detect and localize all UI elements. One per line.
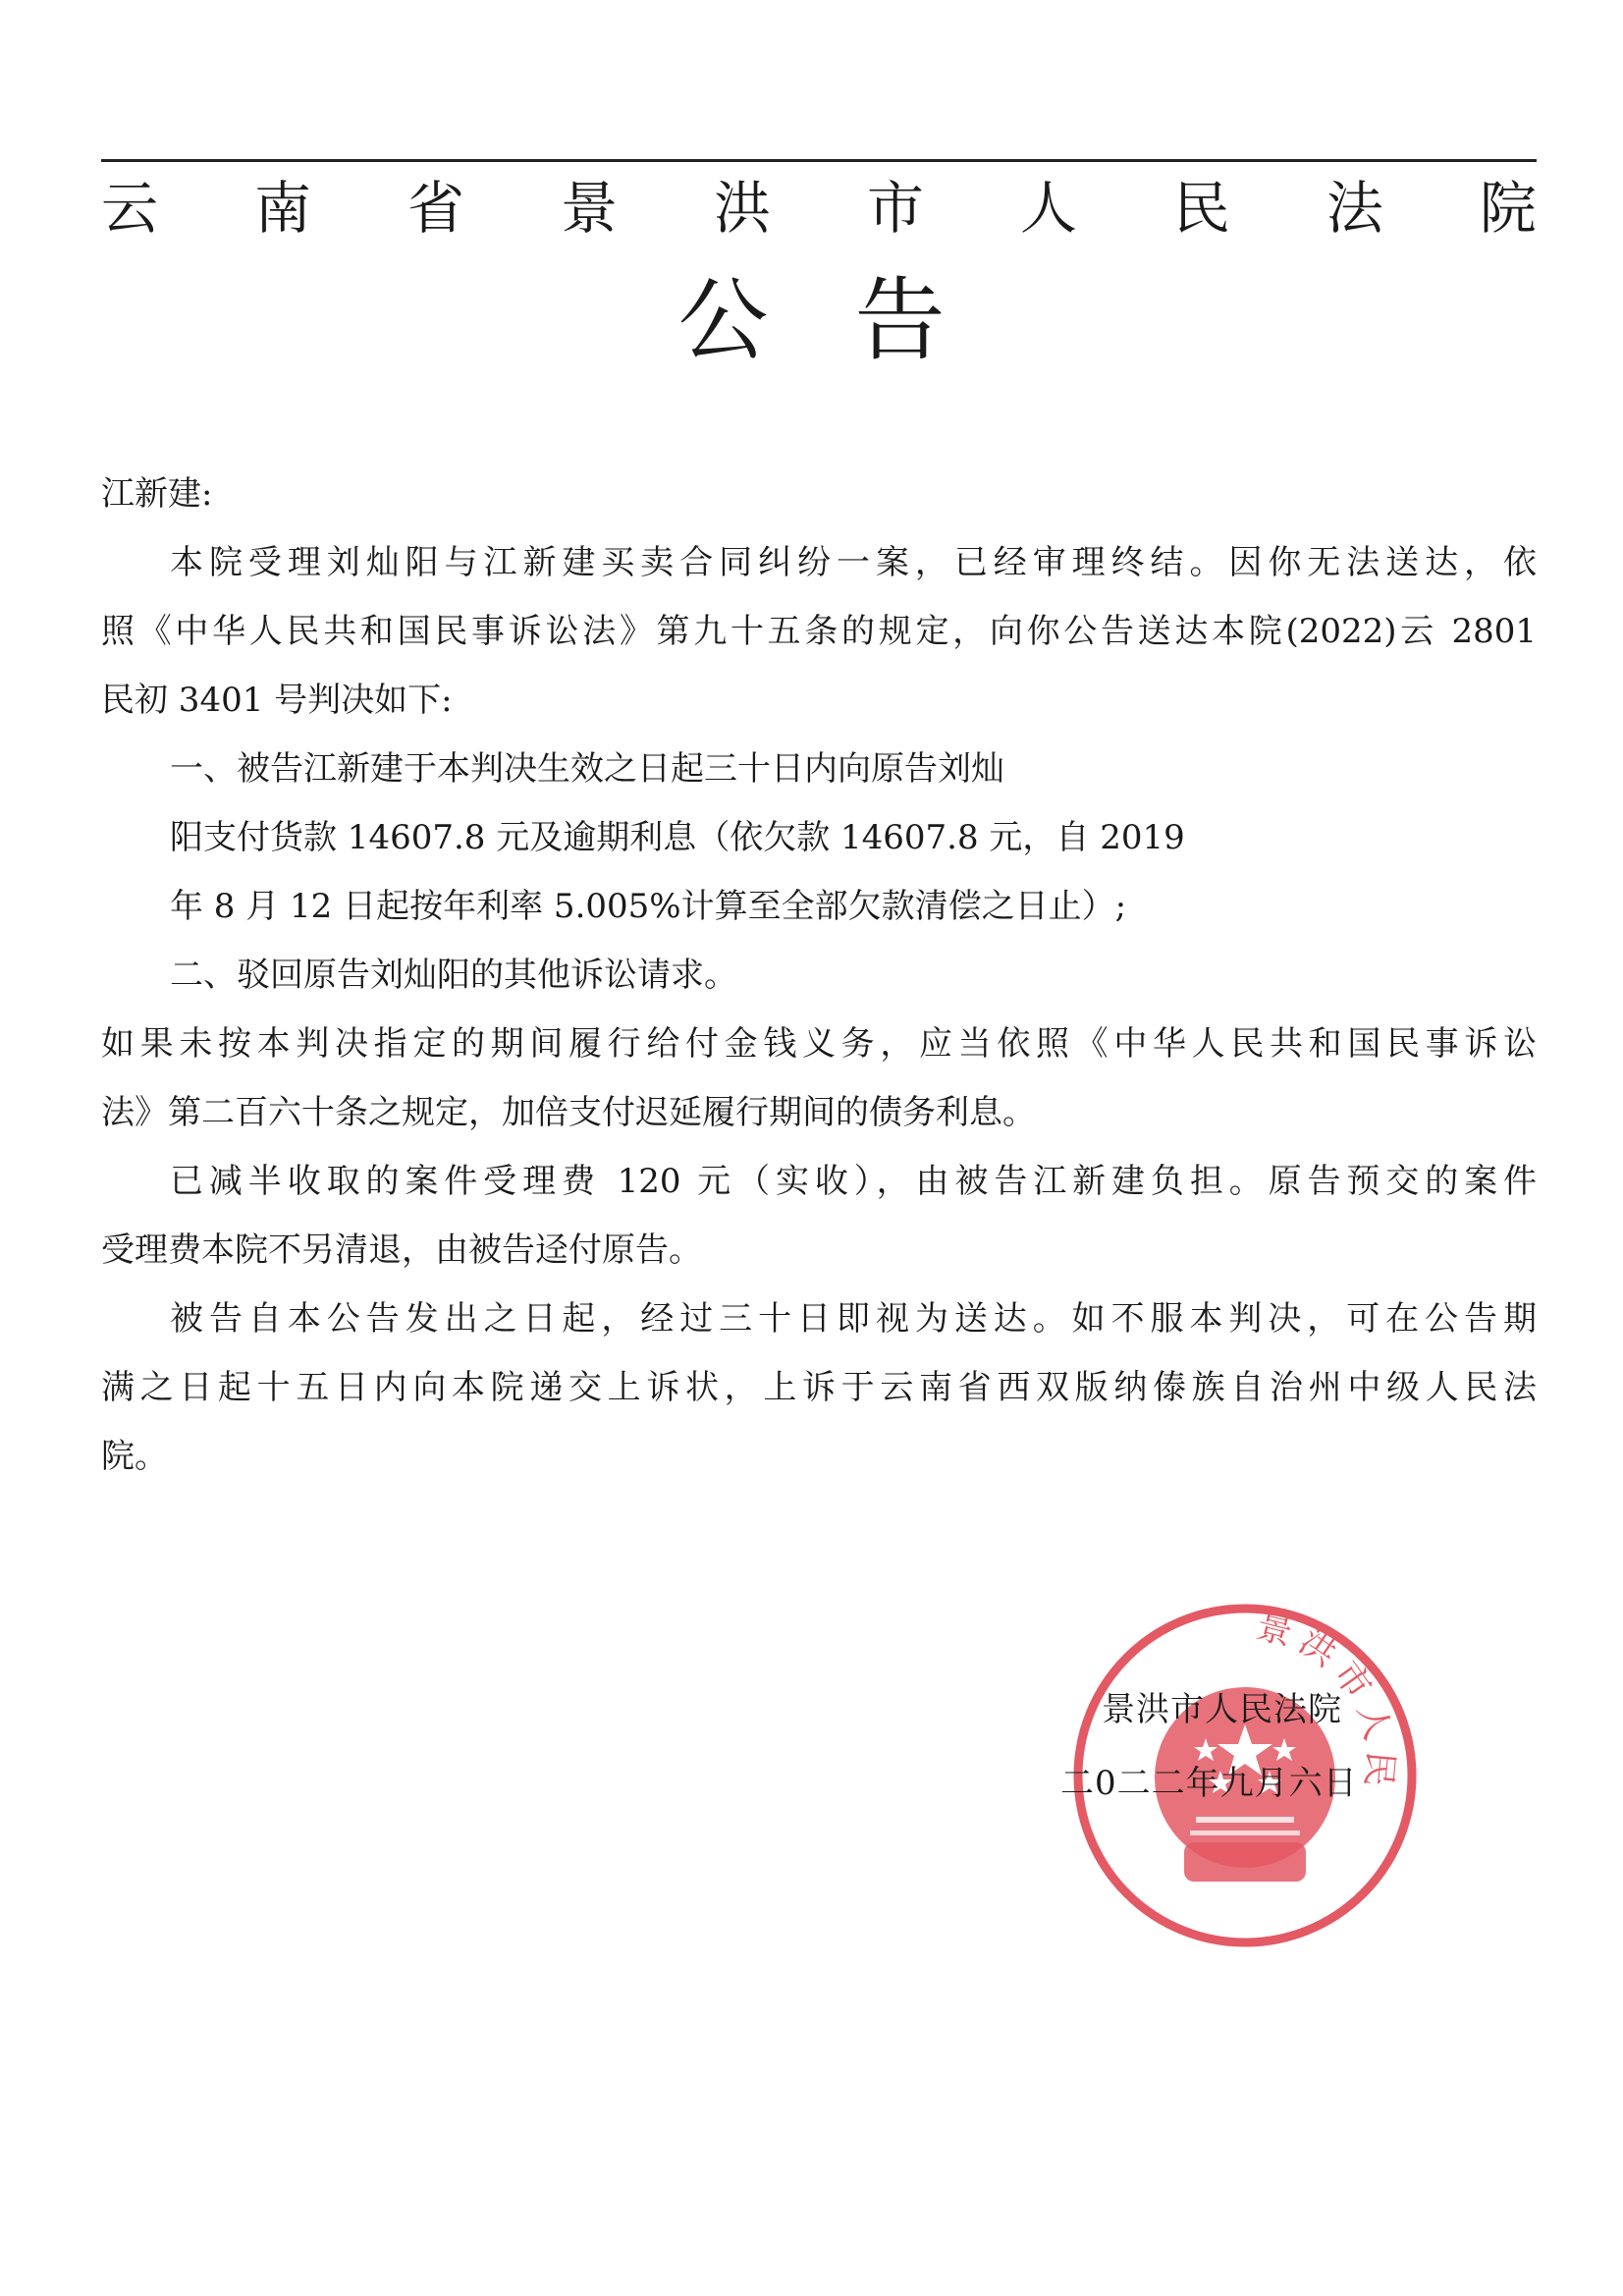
court-name-char: 省 xyxy=(407,169,464,247)
document-body: 江新建: 本院受理刘灿阳与江新建买卖合同纠纷一案，已经审理终结。因你无法送达，依… xyxy=(101,460,1537,1491)
paragraph-line: 本院受理刘灿阳与江新建买卖合同纠纷一案，已经审理终结。因你无法送达，依 xyxy=(101,528,1537,597)
judgment-item-1-line: 一、被告江新建于本判决生效之日起三十日内向原告刘灿 xyxy=(101,735,1537,803)
paragraph-line: 被告自本公告发出之日起，经过三十日即视为送达。如不服本判决，可在公告期 xyxy=(101,1285,1537,1353)
paragraph-line: 民初 3401 号判决如下: xyxy=(101,666,1537,735)
document-title: 公告 xyxy=(0,267,1623,375)
court-name-char: 民 xyxy=(1173,169,1230,247)
paragraph-line: 照《中华人民共和国民事诉讼法》第九十五条的规定，向你公告送达本院(2022)云 … xyxy=(101,597,1537,666)
court-name-char: 景 xyxy=(561,169,618,247)
judgment-item-1-line: 阳支付货款 14607.8 元及逾期利息（依欠款 14607.8 元，自 201… xyxy=(101,803,1537,872)
court-name-char: 院 xyxy=(1480,169,1537,247)
judgment-item-2: 二、驳回原告刘灿阳的其他诉讼请求。 xyxy=(101,941,1537,1010)
paragraph-line: 法》第二百六十条之规定，加倍支付迟延履行期间的债务利息。 xyxy=(101,1078,1537,1147)
paragraph-line: 受理费本院不另清退，由被告迳付原告。 xyxy=(101,1216,1537,1285)
court-name-char: 法 xyxy=(1326,169,1383,247)
paragraph-line: 院。 xyxy=(101,1422,1537,1491)
signature-block: 景洪市人民法院 二0二二年九月六日 xyxy=(1060,1673,1414,1821)
court-name-header: 云 南 省 景 洪 市 人 民 法 院 xyxy=(101,169,1537,247)
court-name-char: 云 xyxy=(101,169,158,247)
signature-court-name: 景洪市人民法院 xyxy=(1060,1673,1414,1747)
paragraph-line: 满之日起十五日内向本院递交上诉状，上诉于云南省西双版纳傣族自治州中级人民法 xyxy=(101,1353,1537,1422)
court-name-char: 人 xyxy=(1020,169,1077,247)
judgment-item-1-line: 年 8 月 12 日起按年利率 5.005%计算至全部欠款清偿之日止）; xyxy=(101,872,1537,941)
header-rule xyxy=(101,159,1537,162)
paragraph-line: 已减半收取的案件受理费 120 元（实收），由被告江新建负担。原告预交的案件 xyxy=(101,1147,1537,1216)
court-name-char: 洪 xyxy=(714,169,771,247)
paragraph-line: 如果未按本判决指定的期间履行给付金钱义务，应当依照《中华人民共和国民事诉讼 xyxy=(101,1010,1537,1078)
court-name-char: 南 xyxy=(254,169,311,247)
court-name-char: 市 xyxy=(867,169,924,247)
addressee: 江新建: xyxy=(101,460,1537,528)
title-char: 告 xyxy=(855,267,946,375)
signature-date: 二0二二年九月六日 xyxy=(1060,1747,1414,1821)
title-char: 公 xyxy=(677,267,768,375)
